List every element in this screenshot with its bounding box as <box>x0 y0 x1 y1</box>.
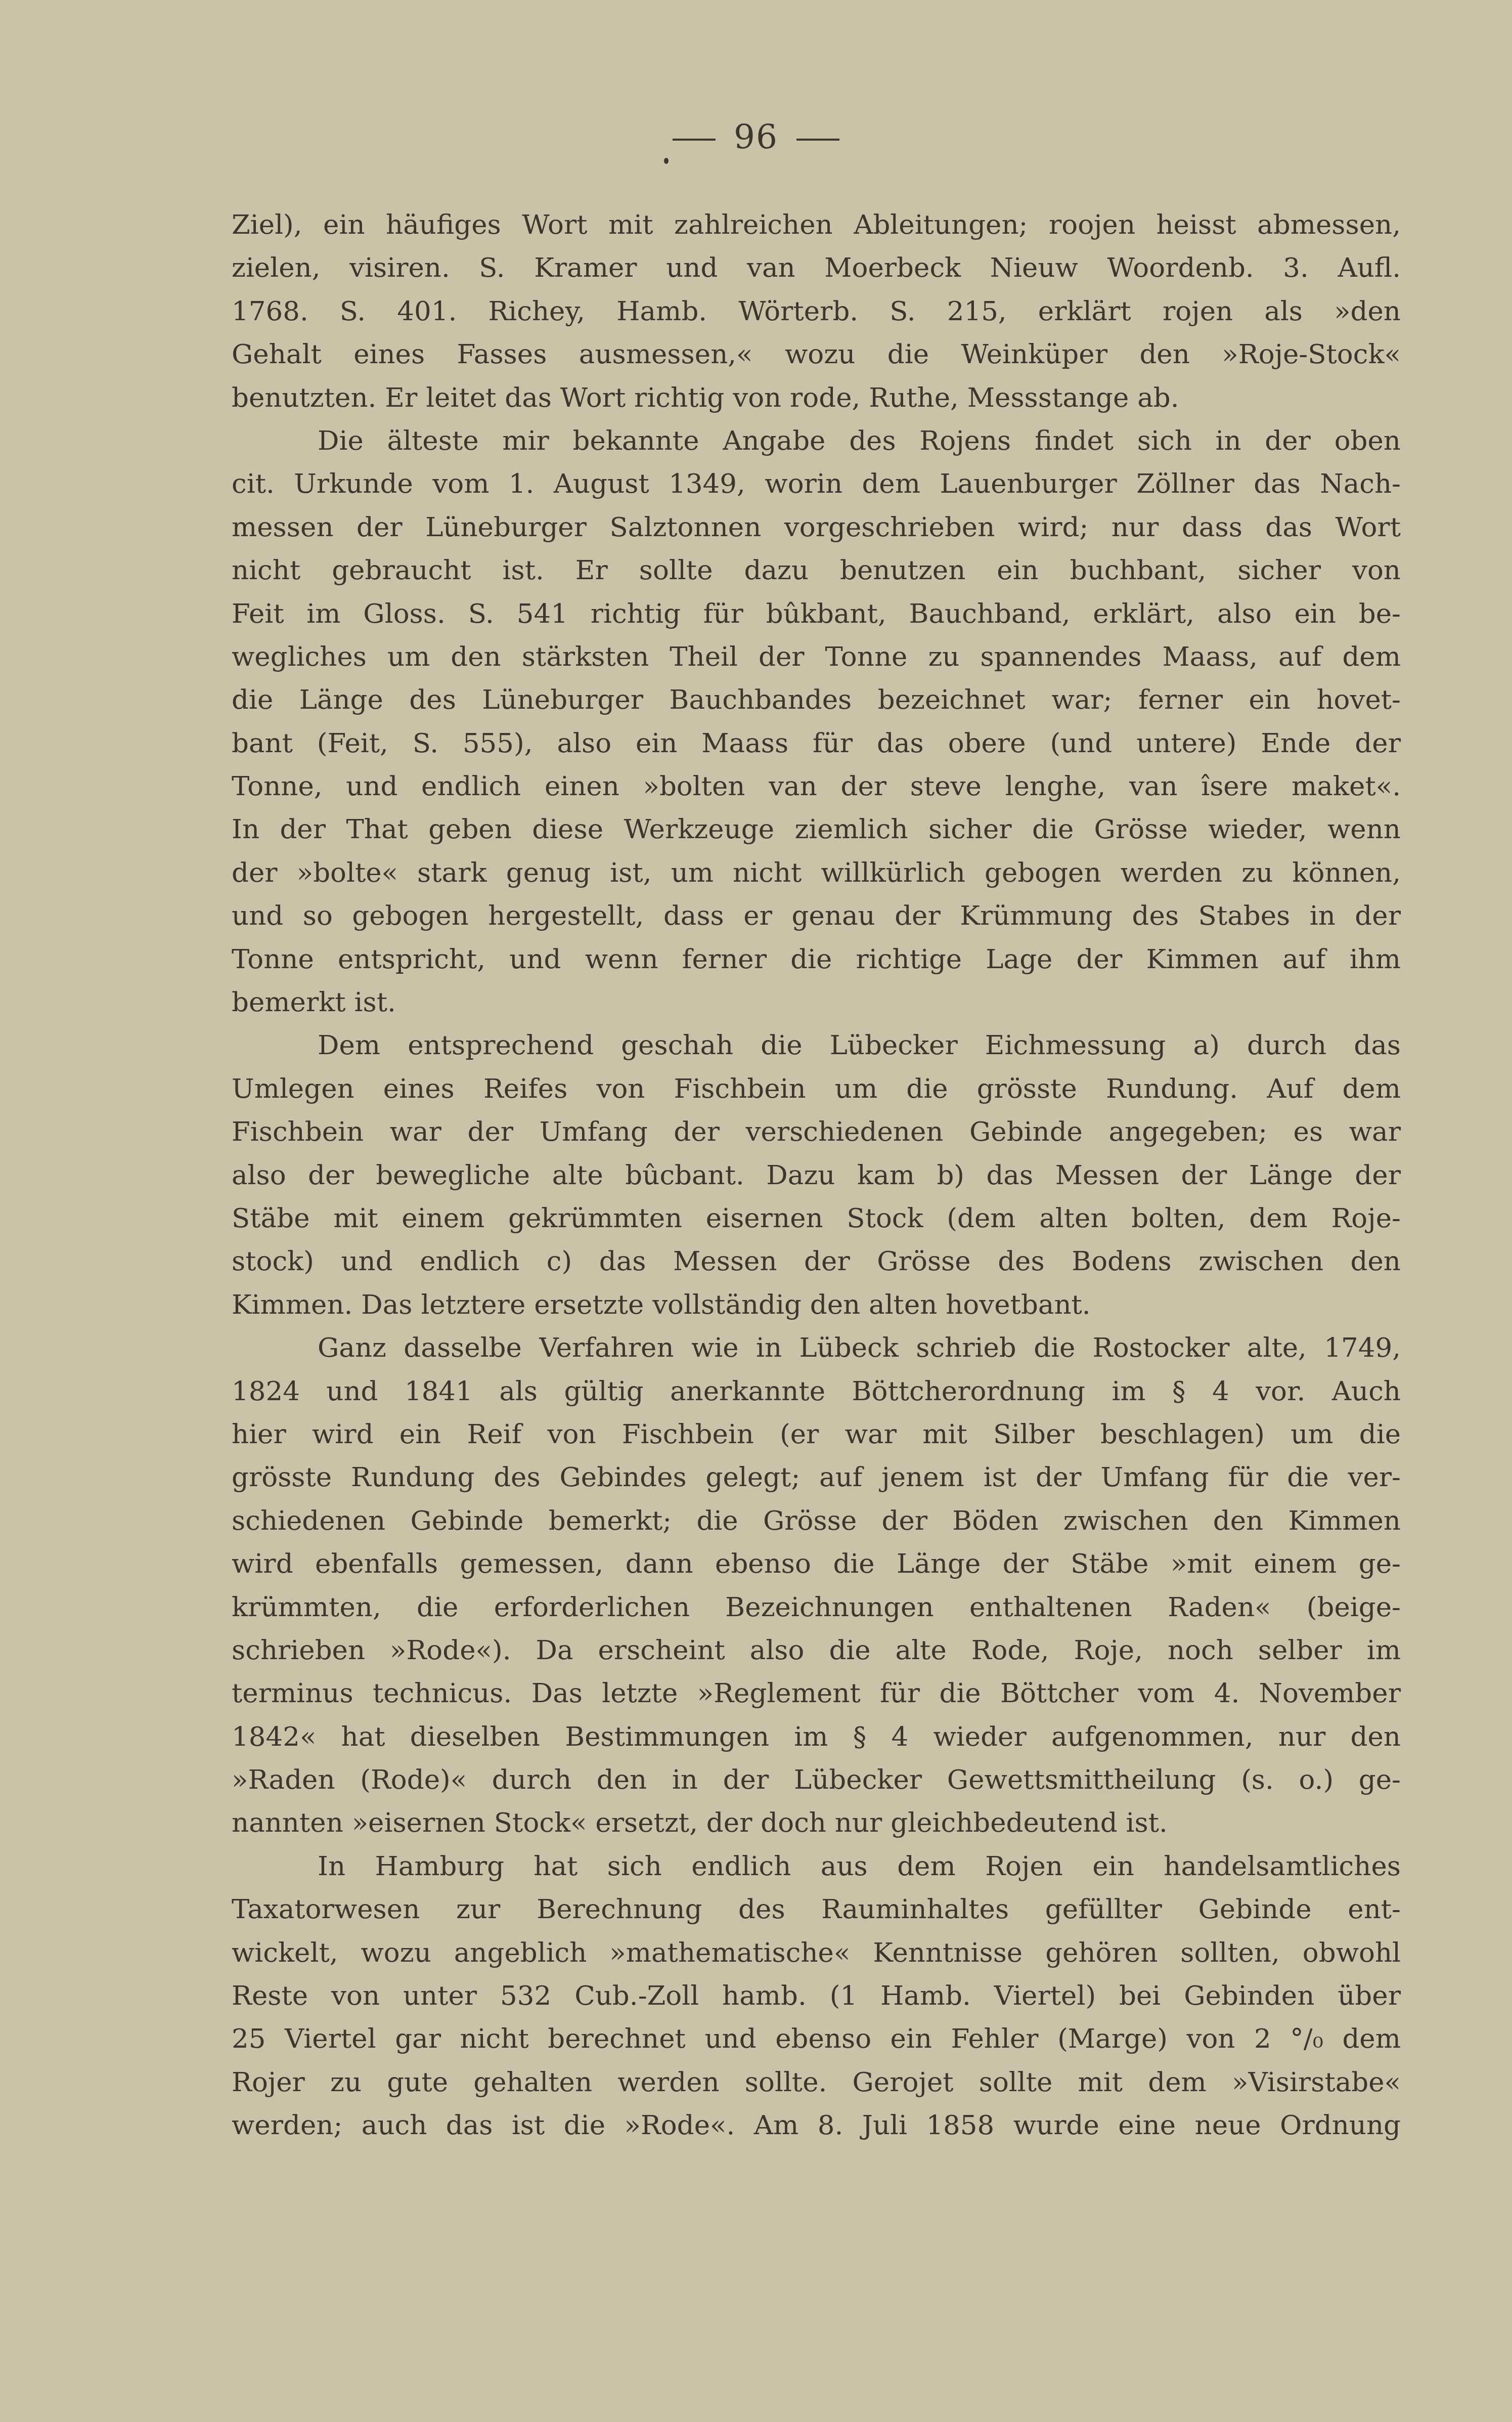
text-line: krümmten, die erforderlichen Bezeichnung… <box>232 1586 1401 1629</box>
left-dash-ornament <box>673 139 716 141</box>
text-line: Kimmen. Das letztere ersetzte vollständi… <box>232 1283 1401 1326</box>
text-line: schiedenen Gebinde bemerkt; die Grösse d… <box>232 1499 1401 1542</box>
text-line-indented: Die älteste mir bekannte Angabe des Roje… <box>232 419 1401 462</box>
text-line: cit. Urkunde vom 1. August 1349, worin d… <box>232 462 1401 505</box>
text-line: hier wird ein Reif von Fischbein (er war… <box>232 1413 1401 1456</box>
text-line: Ziel), ein häufiges Wort mit zahlreichen… <box>232 203 1401 246</box>
text-line: 25 Viertel gar nicht berechnet und ebens… <box>232 2017 1401 2060</box>
text-line: wird ebenfalls gemessen, dann ebenso die… <box>232 1542 1401 1585</box>
text-line: wickelt, wozu angeblich »mathematische« … <box>232 1931 1401 1974</box>
text-line: Stäbe mit einem gekrümmten eisernen Stoc… <box>232 1197 1401 1240</box>
text-line-indented: Ganz dasselbe Verfahren wie in Lübeck sc… <box>232 1326 1401 1369</box>
text-line: wegliches um den stärksten Theil der Ton… <box>232 635 1401 678</box>
text-line: 1824 und 1841 als gültig anerkannte Bött… <box>232 1370 1401 1413</box>
text-line: Reste von unter 532 Cub.-Zoll hamb. (1 H… <box>232 1974 1401 2017</box>
text-line: 1842« hat dieselben Bestimmungen im § 4 … <box>232 1715 1401 1758</box>
text-line-indented: In Hamburg hat sich endlich aus dem Roje… <box>232 1845 1401 1888</box>
text-line: 1768. S. 401. Richey, Hamb. Wörterb. S. … <box>232 290 1401 333</box>
text-line: Taxatorwesen zur Berechnung des Rauminha… <box>232 1888 1401 1931</box>
text-line: werden; auch das ist die »Rode«. Am 8. J… <box>232 2104 1401 2147</box>
text-line: Fischbein war der Umfang der verschieden… <box>232 1110 1401 1153</box>
text-line: nicht gebraucht ist. Er sollte dazu benu… <box>232 549 1401 592</box>
page-number-header: 96 <box>0 117 1512 156</box>
text-line: Tonne, und endlich einen »bolten van der… <box>232 765 1401 808</box>
text-line: schrieben »Rode«). Da erscheint also die… <box>232 1629 1401 1672</box>
text-line: »Raden (Rode)« durch den in der Lübecker… <box>232 1758 1401 1801</box>
text-line: terminus technicus. Das letzte »Reglemen… <box>232 1672 1401 1715</box>
text-line: messen der Lüneburger Salztonnen vorgesc… <box>232 506 1401 549</box>
text-line: bemerkt ist. <box>232 981 1401 1024</box>
text-line: benutzten. Er leitet das Wort richtig vo… <box>232 376 1401 419</box>
text-line: der »bolte« stark genug ist, um nicht wi… <box>232 851 1401 894</box>
text-line-indented: Dem entsprechend geschah die Lübecker Ei… <box>232 1024 1401 1067</box>
text-line: stock) und endlich c) das Messen der Grö… <box>232 1240 1401 1283</box>
body-text: Ziel), ein häufiges Wort mit zahlreichen… <box>232 203 1401 2147</box>
right-dash-ornament <box>796 139 839 141</box>
text-line: also der bewegliche alte bûcbant. Dazu k… <box>232 1154 1401 1197</box>
text-line: grösste Rundung des Gebindes gelegt; auf… <box>232 1456 1401 1499</box>
text-line: die Länge des Lüneburger Bauchbandes bez… <box>232 678 1401 721</box>
text-line: Gehalt eines Fasses ausmessen,« wozu die… <box>232 333 1401 376</box>
text-line: Tonne entspricht, und wenn ferner die ri… <box>232 938 1401 981</box>
text-line: Umlegen eines Reifes von Fischbein um di… <box>232 1067 1401 1110</box>
text-line: Rojer zu gute gehalten werden sollte. Ge… <box>232 2061 1401 2104</box>
text-line: und so gebogen hergestellt, dass er gena… <box>232 894 1401 937</box>
stray-ink-dot <box>664 158 669 164</box>
text-line: Feit im Gloss. S. 541 richtig für bûkban… <box>232 592 1401 635</box>
text-line: nannten »eisernen Stock« ersetzt, der do… <box>232 1801 1401 1844</box>
text-line: In der That geben diese Werkzeuge ziemli… <box>232 808 1401 851</box>
text-line: zielen, visiren. S. Kramer und van Moerb… <box>232 246 1401 289</box>
page-number: 96 <box>734 117 778 156</box>
text-line: bant (Feit, S. 555), also ein Maass für … <box>232 722 1401 765</box>
